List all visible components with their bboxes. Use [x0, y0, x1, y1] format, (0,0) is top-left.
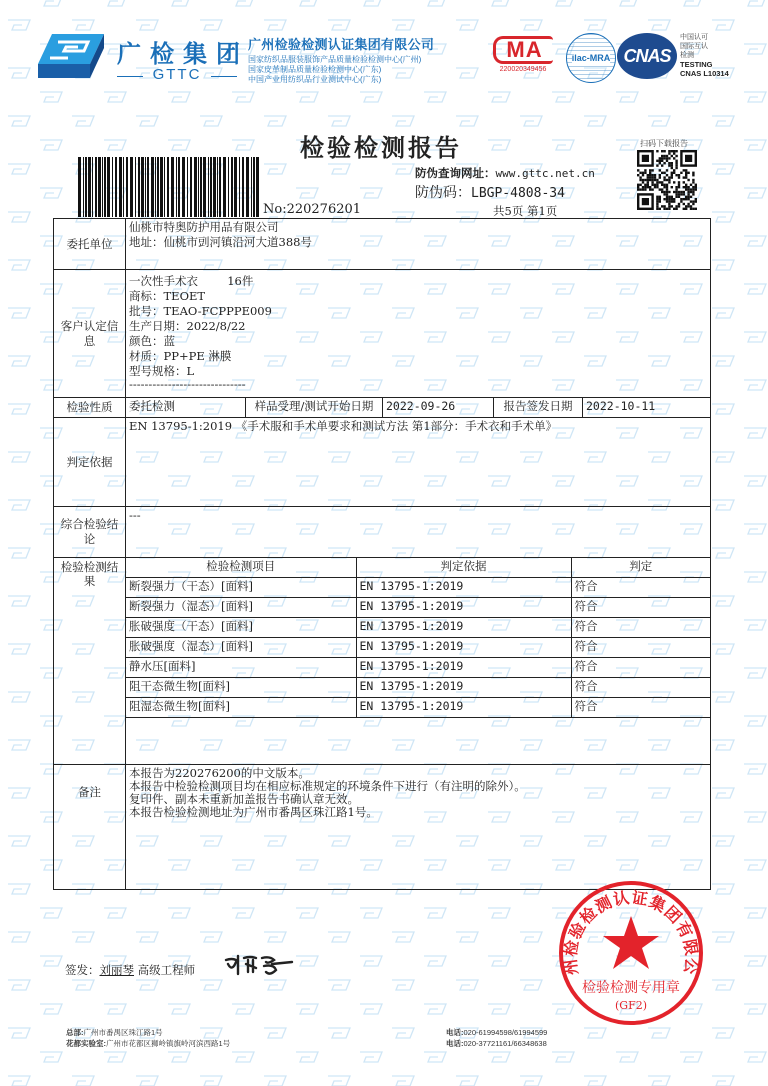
report-number-label: No:: [263, 202, 287, 217]
result-row: 阻湿态微生物[面料]EN 13795-1:2019符合: [126, 698, 710, 718]
cnas-license: CNAS L10314: [680, 69, 729, 78]
result-verdict: 符合: [571, 638, 710, 658]
cnas-accreditation-text: 中国认可 国际互认 检测 TESTING CNAS L10314: [680, 33, 729, 78]
brand-abbreviation: GTTC: [117, 66, 237, 83]
official-seal-icon: 广州检验检测认证集团有限公司 检验检测专用章 (GF2): [556, 878, 706, 1028]
page-indicator: 共5页 第1页: [493, 203, 557, 219]
organization-sub-1: 国家纺织品服装服饰产品质量检验检测中心(广州): [248, 55, 434, 65]
nature-label: 检验性质: [54, 398, 126, 418]
result-verdict: 符合: [571, 578, 710, 598]
report-table: 委托单位 仙桃市特奥防护用品有限公司 地址：仙桃市剅河镇沿河大道388号 客户认…: [53, 218, 711, 890]
qr-label: 扫码下载报告: [640, 138, 688, 149]
separator-line: ------------------------------: [129, 379, 707, 389]
phone-line-1: 电话:020-61994598/61994599: [446, 1027, 547, 1038]
signer-title: 高级工程师: [138, 963, 196, 977]
remarks-value: 本报告为220276200的中文版本。 本报告中检验检测项目均在相应标准规定的环…: [126, 765, 711, 890]
result-item: 胀破强度（湿态）[面料]: [126, 638, 356, 658]
remarks-row: 备注 本报告为220276200的中文版本。 本报告中检验检测项目均在相应标准规…: [54, 765, 711, 890]
cma-logo-icon: MA: [493, 36, 553, 64]
material: 材质：PP+PE 淋膜: [129, 349, 707, 364]
cnas-text-line: 国际互认: [680, 42, 729, 51]
lab-address-line: 花都实验室:广州市花都区狮岭镇旗岭河滨西路1号: [66, 1038, 230, 1049]
basis-label: 判定依据: [54, 418, 126, 507]
verification-url: 防伪查询网址：www.gttc.net.cn: [415, 165, 595, 181]
organization-sub-2: 国家皮革制品质量检验检测中心(广东): [248, 65, 434, 75]
cnas-logo-icon: CNAS: [617, 33, 677, 79]
signature-block: 签发：刘丽琴 高级工程师: [65, 962, 195, 978]
report-number-value: 220276201: [287, 202, 361, 217]
brand-name: 广检集团: [117, 34, 249, 69]
remarks-label: 备注: [54, 765, 126, 890]
svg-text:(GF2): (GF2): [615, 999, 647, 1012]
header-verdict: 判定: [571, 558, 710, 578]
anti-counterfeit-code: 防伪码：LBGP-4808-34: [415, 182, 565, 202]
lab-label: 花都实验室:: [66, 1039, 106, 1048]
result-verdict: 符合: [571, 698, 710, 718]
signature-label: 签发：: [65, 963, 100, 977]
color: 颜色：蓝: [129, 334, 707, 349]
client-row: 委托单位 仙桃市特奥防护用品有限公司 地址：仙桃市剅河镇沿河大道388号: [54, 219, 711, 270]
receive-date: 2022-09-26: [383, 398, 494, 417]
result-verdict: 符合: [571, 618, 710, 638]
result-basis: EN 13795-1:2019: [356, 678, 571, 698]
client-name: 仙桃市特奥防护用品有限公司: [129, 220, 707, 235]
organization-name: 广州检验检测认证集团有限公司: [248, 34, 434, 53]
batch-number: 批号：TEAO-FCPPPE009: [129, 304, 707, 319]
footer-addresses: 总部:广州市番禺区珠江路1号 花都实验室:广州市花都区狮岭镇旗岭河滨西路1号: [66, 1027, 230, 1049]
results-cell: 检验检测项目 判定依据 判定 断裂强力（干态）[面料]EN 13795-1:20…: [126, 558, 711, 765]
result-verdict: 符合: [571, 658, 710, 678]
result-item: 断裂强力（干态）[面料]: [126, 578, 356, 598]
result-row: 断裂强力（干态）[面料]EN 13795-1:2019符合: [126, 578, 710, 598]
conclusion-row: 综合检验结论 ---: [54, 507, 711, 558]
conclusion-label: 综合检验结论: [54, 507, 126, 558]
phone-line-2: 电话:020-37721161/66348638: [446, 1038, 547, 1049]
handwritten-signature-icon: [222, 950, 302, 980]
result-basis: EN 13795-1:2019: [356, 578, 571, 598]
header-basis: 判定依据: [356, 558, 571, 578]
anti-counterfeit-value: LBGP-4808-34: [471, 186, 565, 201]
conclusion-value: ---: [126, 507, 711, 558]
hq-address-line: 总部:广州市番禺区珠江路1号: [66, 1027, 230, 1038]
cma-number: 220020349456: [493, 66, 553, 73]
result-verdict: 符合: [571, 678, 710, 698]
phone-label: 电话:: [446, 1028, 464, 1037]
footer-phones: 电话:020-61994598/61994599 电话:020-37721161…: [446, 1027, 547, 1049]
hq-label: 总部:: [66, 1028, 84, 1037]
trademark: 商标：TEOET: [129, 289, 707, 304]
basis-row: 判定依据 EN 13795-1:2019 《手术服和手术单要求和测试方法 第1部…: [54, 418, 711, 507]
results-header: 检验检测项目 判定依据 判定: [126, 558, 710, 578]
result-basis: EN 13795-1:2019: [356, 658, 571, 678]
receive-date-label: 样品受理/测试开始日期: [246, 398, 383, 417]
result-row: 阻干态微生物[面料]EN 13795-1:2019符合: [126, 678, 710, 698]
results-label: 检验检测结果: [54, 558, 126, 765]
result-item: 阻湿态微生物[面料]: [126, 698, 356, 718]
result-item: 静水压[面料]: [126, 658, 356, 678]
ilac-label: ilac-MRA: [572, 52, 611, 64]
result-row: 胀破强度（湿态）[面料]EN 13795-1:2019符合: [126, 638, 710, 658]
production-date: 生产日期：2022/8/22: [129, 319, 707, 334]
anti-counterfeit-label: 防伪码：: [415, 185, 471, 201]
organization-block: 广州检验检测认证集团有限公司 国家纺织品服装服饰产品质量检验检测中心(广州) 国…: [248, 34, 434, 85]
cnas-text-line: 中国认可: [680, 33, 729, 42]
organization-sub-3: 中国产业用纺织品行业测试中心(广东): [248, 75, 434, 85]
result-verdict: 符合: [571, 598, 710, 618]
signer-name: 刘丽琴: [100, 963, 135, 977]
results-table: 检验检测项目 判定依据 判定 断裂强力（干态）[面料]EN 13795-1:20…: [126, 558, 710, 718]
nature-value: 委托检测: [126, 398, 246, 417]
hq-address: 广州市番禺区珠江路1号: [84, 1028, 163, 1037]
customer-info-value: 一次性手术衣 16件 商标：TEOET 批号：TEAO-FCPPPE009 生产…: [126, 270, 711, 398]
customer-info-row: 客户认定信息 一次性手术衣 16件 商标：TEOET 批号：TEAO-FCPPP…: [54, 270, 711, 398]
customer-info-label: 客户认定信息: [54, 270, 126, 398]
product-name: 一次性手术衣 16件: [129, 274, 707, 289]
result-row: 胀破强度（干态）[面料]EN 13795-1:2019符合: [126, 618, 710, 638]
issue-date: 2022-10-11: [583, 398, 711, 417]
result-basis: EN 13795-1:2019: [356, 698, 571, 718]
issue-date-label: 报告签发日期: [494, 398, 583, 417]
result-item: 胀破强度（干态）[面料]: [126, 618, 356, 638]
result-basis: EN 13795-1:2019: [356, 598, 571, 618]
report-number: No:220276201: [263, 202, 361, 217]
result-basis: EN 13795-1:2019: [356, 618, 571, 638]
result-row: 静水压[面料]EN 13795-1:2019符合: [126, 658, 710, 678]
result-item: 阻干态微生物[面料]: [126, 678, 356, 698]
cnas-text-line: TESTING: [680, 60, 729, 69]
qr-code-icon[interactable]: [637, 150, 697, 210]
result-item: 断裂强力（湿态）[面料]: [126, 598, 356, 618]
nature-values: 委托检测 样品受理/测试开始日期 2022-09-26 报告签发日期 2022-…: [126, 398, 711, 418]
lab-address: 广州市花都区狮岭镇旗岭河滨西路1号: [106, 1039, 230, 1048]
header-item: 检验检测项目: [126, 558, 356, 578]
remark-line: 本报告检验检测地址为广州市番禺区珠江路1号。: [129, 806, 707, 819]
results-row: 检验检测结果 检验检测项目 判定依据 判定 断裂强力（干态）[面料]EN 137…: [54, 558, 711, 765]
nature-row: 检验性质 委托检测 样品受理/测试开始日期 2022-09-26 报告签发日期 …: [54, 398, 711, 418]
phone-label: 电话:: [446, 1039, 464, 1048]
nature-inner-table: 委托检测 样品受理/测试开始日期 2022-09-26 报告签发日期 2022-…: [126, 398, 710, 417]
cnas-text-line: 检测: [680, 51, 729, 60]
client-address: 地址：仙桃市剅河镇沿河大道388号: [129, 235, 707, 250]
client-value: 仙桃市特奥防护用品有限公司 地址：仙桃市剅河镇沿河大道388号: [126, 219, 711, 270]
cnas-label: CNAS: [623, 46, 670, 67]
verification-url-label: 防伪查询网址：: [415, 166, 496, 180]
report-title: 检验检测报告: [300, 128, 462, 163]
phone-number-2: 020-37721161/66348638: [464, 1039, 547, 1048]
cma-badge: MA 220020349456: [493, 36, 553, 78]
phone-number-1: 020-61994598/61994599: [464, 1028, 548, 1037]
svg-text:检验检测专用章: 检验检测专用章: [582, 979, 680, 996]
result-row: 断裂强力（湿态）[面料]EN 13795-1:2019符合: [126, 598, 710, 618]
result-basis: EN 13795-1:2019: [356, 638, 571, 658]
gttc-logo-icon: [38, 34, 104, 80]
basis-value: EN 13795-1:2019 《手术服和手术单要求和测试方法 第1部分：手术衣…: [126, 418, 711, 507]
ilac-mra-logo-icon: ilac-MRA: [566, 33, 616, 83]
verification-url-link[interactable]: www.gttc.net.cn: [496, 167, 595, 180]
client-label: 委托单位: [54, 219, 126, 270]
barcode-icon: [78, 157, 260, 217]
